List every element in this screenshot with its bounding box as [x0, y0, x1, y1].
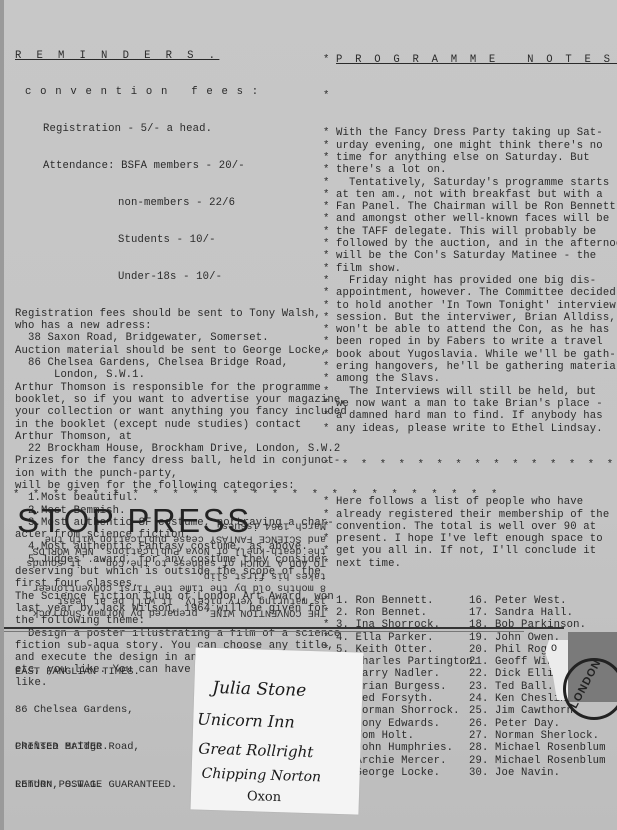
registration-intro-line: * present. I hope I've left enough space…: [323, 533, 617, 545]
fee-students: Students - 10/-: [15, 234, 347, 246]
programme-note-line: * book about Yugoslavia. While we'll be …: [323, 349, 617, 361]
reminder-line: Arthur Thomson, at: [15, 431, 347, 443]
registrant-entry: 29. Michael Rosenblum: [469, 755, 606, 767]
programme-note-line: * urday evening, one might think there's…: [323, 140, 617, 152]
programme-note-line: * at ten am., not with breakfast but wit…: [323, 189, 617, 201]
registration-intro-line: * next time.: [323, 558, 617, 570]
stop-press-line: THE CONVENTION WINE, prepared by Norman …: [78, 605, 326, 617]
registrant-row: *15. George Locke.30. Joe Navin.: [323, 767, 617, 779]
registration-intro: * Here follows a list of people who have…: [323, 496, 617, 570]
fee-registration: Registration - 5/- a head.: [15, 123, 347, 135]
page-edge: [0, 0, 4, 830]
programme-note-line: * been roped in by Fabers to write a tra…: [323, 336, 617, 348]
divider-rule: [4, 627, 564, 629]
registration-intro-line: * convention. The total is well over 90 …: [323, 521, 617, 533]
programme-note-line: * The Interviews will still be held, but: [323, 386, 617, 398]
programme-note-line: * followed by the auction, and in the af…: [323, 238, 617, 250]
programme-note-line: * will be the Con's Saturday Matinee - t…: [323, 250, 617, 262]
star-margin: *: [323, 90, 617, 102]
registrant-entry: 18. Bob Parkinson.: [469, 619, 586, 631]
reminder-line: booklet, so if you want to advertise you…: [15, 394, 347, 406]
registrant-entry: * 1. Ron Bennett.: [323, 595, 469, 607]
fee-attendance-members: Attendance: BSFA members - 20/-: [15, 160, 347, 172]
stop-press-line: March 1964 issues.: [78, 518, 326, 530]
programme-note-line: * time for anything else on Saturday. Bu…: [323, 152, 617, 164]
reminder-line: ion with the punch-party,: [15, 468, 347, 480]
address-line: 86 Chelsea Gardens,: [15, 704, 140, 717]
programme-note-line: * among the Slavs.: [323, 373, 617, 385]
return-postage-label: RETURN POSTAGE GUARANTEED.: [15, 779, 177, 792]
printed-matter-label: PRINTED MATTER.: [15, 741, 177, 754]
registrant-row: *14. Archie Mercer.29. Michael Rosenblum: [323, 755, 617, 767]
recipient-address-line: Chipping Norton: [201, 766, 321, 786]
registrant-row: * 1. Ron Bennett.16. Peter West.: [323, 595, 617, 607]
reminder-line: Prizes for the fancy dress ball, held in…: [15, 455, 347, 467]
fee-under-18s: Under-18s - 10/-: [15, 271, 347, 283]
programme-notes-heading: P R O G R A M M E N O T E S .: [336, 54, 617, 66]
stop-press-upside-down-text: THE CONVENTION WINE, prepared by Norman …: [78, 518, 326, 617]
registrant-row: * 2. Ron Bennet.17. Sandra Hall.: [323, 607, 617, 619]
programme-note-line: * there's a lot on.: [323, 164, 617, 176]
registrant-entry: * 2. Ron Bennet.: [323, 607, 469, 619]
reminder-line: Registration fees should be sent to Tony…: [15, 308, 347, 320]
programme-note-line: * won't be able to attend the Con, as he…: [323, 324, 617, 336]
stop-press-line: is maturing very nicely. It will be at l…: [78, 592, 326, 604]
programme-note-line: * and amongst other well-known faces wil…: [323, 213, 617, 225]
registrant-entry: 16. Peter West.: [469, 595, 567, 607]
stop-press-line: 8 months old by the time the first conve…: [78, 580, 326, 592]
stop-press-line: the death-knell of Nova Publications. NE…: [78, 543, 326, 555]
programme-note-line: * With the Fancy Dress Party taking up S…: [323, 127, 617, 139]
reminders-heading: R E M I N D E R S .: [15, 50, 347, 62]
postal-notice: PRINTED MATTER. RETURN POSTAGE GUARANTEE…: [15, 716, 177, 816]
star-separator-right: * * * * * * * * * * * * * * * * * * * * …: [323, 459, 617, 471]
programme-note-line: * appointment, however. The Committee de…: [323, 287, 617, 299]
reminder-line: Auction material should be sent to Georg…: [15, 345, 347, 357]
reminder-line: your collection or want anything you fan…: [15, 406, 347, 418]
programme-note-line: * any ideas, please write to Ethel Linds…: [323, 423, 617, 435]
programme-note-line: * we now want a man to take Brian's plac…: [323, 398, 617, 410]
recipient-name: Julia Stone: [212, 678, 306, 701]
stop-press-line: TO ADD A TOUCH of sadness to the Con,.. …: [78, 555, 326, 567]
registrant-row: *12. Tom Holt.27. Norman Sherlock.: [323, 730, 617, 742]
reminder-line: 22 Brockham House, Brockham Drive, Londo…: [15, 443, 347, 455]
recipient-address-line: Great Rollright: [198, 740, 313, 762]
registrant-entry: 30. Joe Navin.: [469, 767, 560, 779]
registrant-row: * 3. Ina Shorrock.18. Bob Parkinson.: [323, 619, 617, 631]
programme-note-line: * session. But the interviwer, Brian All…: [323, 312, 617, 324]
reminder-line: London, S.W.1.: [15, 369, 347, 381]
programme-note-line: * Tentatively, Saturday's programme star…: [323, 177, 617, 189]
reminder-line: in the booklet (except nude studies) con…: [15, 419, 347, 431]
stamp-margin-mark: O: [551, 644, 557, 655]
fanzine-page: R E M I N D E R S . c o n v e n t i o n …: [0, 0, 617, 830]
registrant-entry: 17. Sandra Hall.: [469, 607, 573, 619]
programme-note-line: * ering hangovers, he'll be gathering ma…: [323, 361, 617, 373]
programme-note-line: * a damned hard man to find. If anybody …: [323, 410, 617, 422]
reminder-line: Design a poster illustrating a film of a…: [15, 628, 347, 640]
programme-note-line: * the TAFF delegate. This will probably …: [323, 226, 617, 238]
address-label: Julia Stone Unicorn Inn Great Rollright …: [190, 647, 363, 814]
programme-notes-body: * With the Fancy Dress Party taking up S…: [323, 127, 617, 434]
publication-name: EAST FANGLIAN TIMES.: [15, 666, 140, 679]
reminder-line: Arthur Thomson is responsible for the pr…: [15, 382, 347, 394]
fees-subheading: c o n v e n t i o n f e e s :: [15, 86, 347, 98]
registrant-entry: 28. Michael Rosenblum: [469, 742, 606, 754]
postage-stamp: LONDON O: [545, 632, 617, 722]
registrant-row: *13. John Humphries.28. Michael Rosenblu…: [323, 742, 617, 754]
fee-non-members: non-members - 22/6: [15, 197, 347, 209]
registrant-entry: 23. Ted Ball.: [469, 681, 554, 693]
divider-rule-secondary: [4, 631, 524, 632]
reminder-line: 86 Chelsea Gardens, Chelsea Bridge Road,: [15, 357, 347, 369]
programme-note-line: * film show.: [323, 263, 617, 275]
registration-intro-line: * Here follows a list of people who have: [323, 496, 617, 508]
reminder-line: who has a new adress:: [15, 320, 347, 332]
star-margin: *: [323, 54, 336, 66]
programme-note-line: * Fan Panel. The Chairman will be Ron Be…: [323, 201, 617, 213]
registration-intro-line: * get you all in. If not, I'll conclude …: [323, 545, 617, 557]
stop-press-line: and SCIENCE FANTASY cease publication wi…: [78, 530, 326, 542]
registrant-entry: * 4. Ella Parker.: [323, 632, 469, 644]
programme-note-line: * Friday night has provided one big dis-: [323, 275, 617, 287]
registration-intro-line: * already registered their membership of…: [323, 509, 617, 521]
registrant-entry: 27. Norman Sherlock.: [469, 730, 599, 742]
recipient-address-line: Unicorn Inn: [197, 709, 295, 731]
reminder-line: 38 Saxon Road, Bridgewater, Somerset.: [15, 332, 347, 344]
registrant-entry: * 3. Ina Shorrock.: [323, 619, 469, 631]
programme-note-line: * to hold another 'In Town Tonight' inte…: [323, 300, 617, 312]
stop-press-line: takes his first slip.: [78, 568, 326, 580]
recipient-county: Oxon: [247, 789, 282, 805]
